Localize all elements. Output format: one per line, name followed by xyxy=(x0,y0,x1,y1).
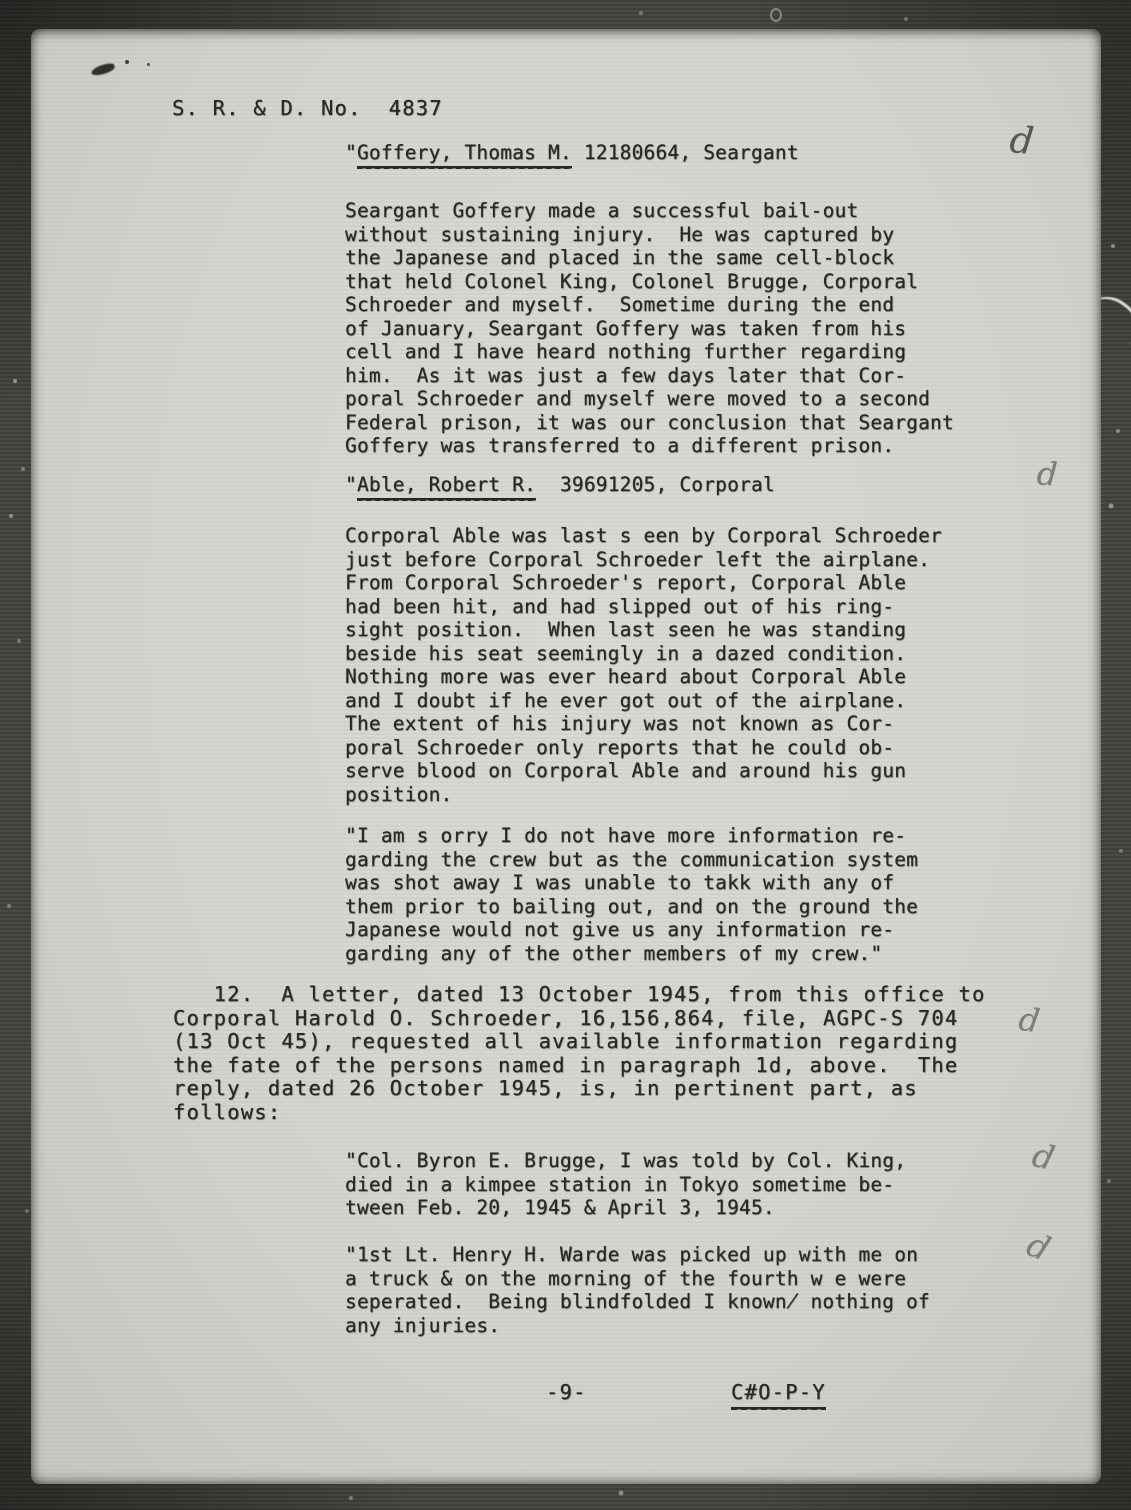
entry-open-quote: " xyxy=(345,473,357,496)
reference-number: S. R. & D. No. 4837 xyxy=(172,97,443,121)
ink-dot xyxy=(147,63,150,66)
entry-open-quote: " xyxy=(345,141,357,164)
reply-quote-warde: "1st Lt. Henry H. Warde was picked up wi… xyxy=(345,1243,930,1337)
entry-service-info: 39691205, Corporal xyxy=(536,473,775,496)
copy-stamp-text: C#O-P-Y xyxy=(731,1380,826,1410)
copy-stamp: C#O-P-Y xyxy=(731,1381,826,1405)
page-number: -9- xyxy=(546,1381,587,1405)
margin-annotation-d: d xyxy=(1021,1224,1055,1268)
entry-body-goffery: Seargant Goffery made a successful bail-… xyxy=(345,199,954,458)
margin-annotation-d: d xyxy=(1008,118,1036,163)
document-paper: S. R. & D. No. 4837 "Goffery, Thomas M. … xyxy=(31,29,1101,1484)
scanned-page: S. R. & D. No. 4837 "Goffery, Thomas M. … xyxy=(0,0,1131,1510)
ink-smudge xyxy=(90,62,116,77)
scan-dust-specks xyxy=(0,0,2,2)
paragraph-12: 12. A letter, dated 13 October 1945, fro… xyxy=(173,983,986,1124)
margin-annotation-d: d xyxy=(1036,454,1059,493)
entry-heading-goffery: "Goffery, Thomas M. 12180664, Seargant xyxy=(345,141,799,165)
margin-annotation-d: d xyxy=(1016,1000,1042,1040)
entry-body-able: Corporal Able was last s een by Corporal… xyxy=(345,524,942,806)
reply-quote-brugge: "Col. Byron E. Brugge, I was told by Col… xyxy=(345,1149,906,1220)
quote-paragraph-crew: "I am s orry I do not have more informat… xyxy=(345,824,918,965)
entry-name: Goffery, Thomas M. xyxy=(357,141,572,169)
entry-service-info: 12180664, Seargant xyxy=(572,141,799,164)
ink-dot xyxy=(125,60,129,64)
margin-annotation-d: d xyxy=(1029,1135,1059,1178)
scan-ring-artifact xyxy=(770,8,782,22)
entry-heading-able: "Able, Robert R. 39691205, Corporal xyxy=(345,473,775,497)
entry-name: Able, Robert R. xyxy=(357,473,536,501)
